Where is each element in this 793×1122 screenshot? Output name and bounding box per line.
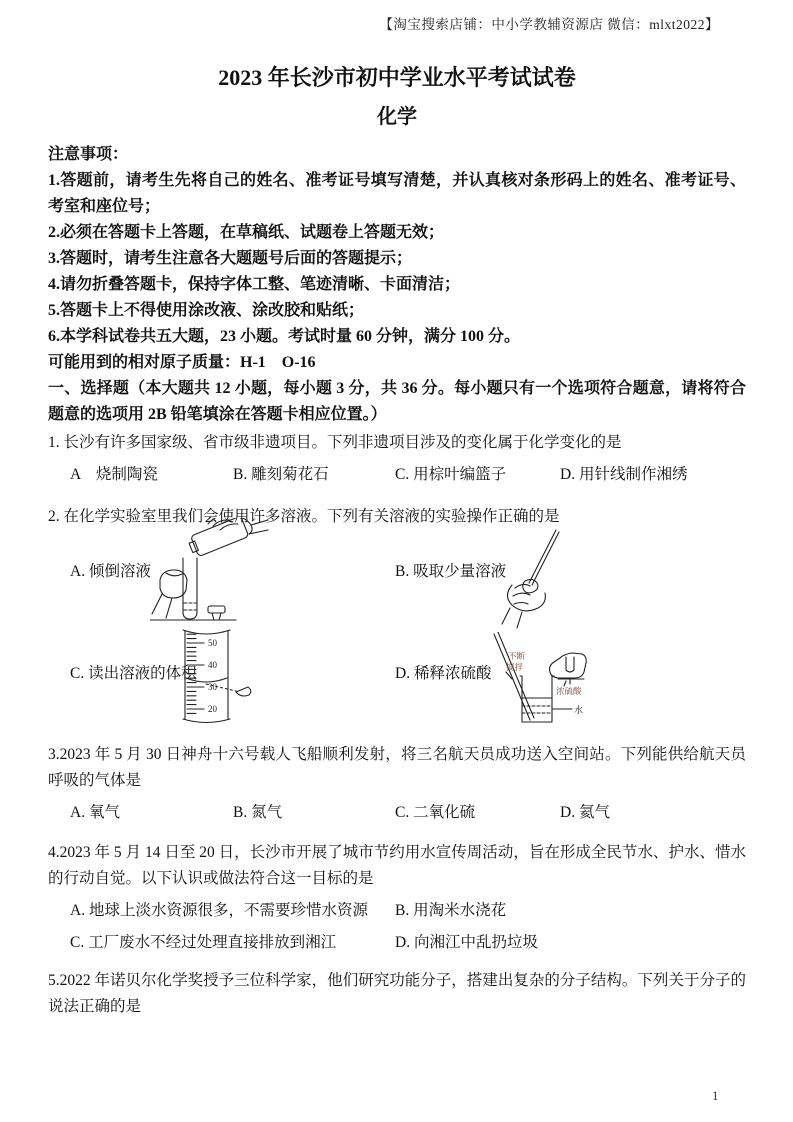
questions-list: 1. 长沙有许多国家级、省市级非遗项目。下列非遗项目涉及的变化属于化学变化的是 … — [48, 430, 746, 1020]
acid-bottle-red-mark — [566, 657, 574, 672]
figure-d-diluting-acid: 不断 搅拌 浓硫酸 水 — [490, 632, 590, 732]
glass-rod — [498, 632, 534, 718]
question-2: 2. 在化学实验室里我们会使用许多溶液。下列有关溶液的实验操作正确的是 A. 倾… — [48, 504, 746, 742]
option-row: C. 工厂废水不经过处理直接排放到湘江 D. 向湘江中乱扔垃圾 — [48, 930, 746, 956]
question-stem: 1. 长沙有许多国家级、省市级非遗项目。下列非遗项目涉及的变化属于化学变化的是 — [48, 430, 746, 456]
document-body: 2023 年长沙市初中学业水平考试试卷 化学 注意事项： 1.答题前，请考生先将… — [48, 0, 746, 1036]
exam-paper-page: { "header": { "watermark": "【淘宝搜索店铺：中小学教… — [0, 0, 793, 1122]
cylinder-tick-label: 30 — [208, 682, 218, 692]
question-stem: 4.2023 年 5 月 14 日至 20 日，长沙市开展了城市节约用水宣传周活… — [48, 840, 746, 892]
notice-item: 3.答题时，请考生注意各大题题号后面的答题提示； — [48, 246, 746, 272]
notice-item: 6.本学科试卷共五大题，23 小题。考试时量 60 分钟，满分 100 分。 — [48, 324, 746, 350]
option-c: C. 工厂废水不经过处理直接排放到湘江 — [70, 930, 395, 956]
option-a-label: A. 倾倒溶液 — [70, 562, 151, 582]
figure-a-pouring-liquid — [150, 518, 270, 642]
option-a: A. 地球上淡水资源很多，不需要珍惜水资源 — [70, 898, 395, 924]
option-d: D. 向湘江中乱扔垃圾 — [395, 930, 538, 956]
cylinder-tick-label: 40 — [208, 660, 218, 670]
acid-label: 浓硫酸 — [556, 686, 582, 696]
beaker — [520, 676, 554, 722]
section-heading: 一、选择题（本大题共 12 小题，每小题 3 分，共 36 分。每小题只有一个选… — [48, 376, 746, 428]
question-1: 1. 长沙有许多国家级、省市级非遗项目。下列非遗项目涉及的变化属于化学变化的是 … — [48, 430, 746, 488]
question-stem: 3.2023 年 5 月 30 日神舟十六号载人飞船顺利发射，将三名航天员成功送… — [48, 742, 746, 794]
figure-b-dropper — [498, 528, 568, 630]
stir-label: 搅拌 — [506, 662, 524, 672]
holding-hand — [152, 570, 187, 618]
option-c: C. 二氧化硫 — [395, 800, 560, 826]
notice-item: 2.必须在答题卡上答题，在草稿纸、试题卷上答题无效； — [48, 220, 746, 246]
option-d-label: D. 稀释浓硫酸 — [395, 664, 491, 684]
option-b: B. 雕刻菊花石 — [233, 462, 395, 488]
dropper-tube — [532, 532, 559, 585]
option-d: D. 氦气 — [560, 800, 610, 826]
cylinder-tick-label: 20 — [208, 704, 218, 714]
question-4: 4.2023 年 5 月 14 日至 20 日，长沙市开展了城市节约用水宣传周活… — [48, 840, 746, 956]
option-a: A. 氧气 — [70, 800, 233, 826]
bottle-stopper-base — [212, 613, 221, 620]
dropper-tube — [529, 530, 556, 583]
atomic-mass-note: 可能用到的相对原子质量：H-1 O-16 — [48, 350, 746, 376]
bottle-stopper-cap — [208, 606, 225, 613]
cylinder-tick-label: 50 — [208, 638, 218, 648]
stir-label: 不断 — [508, 651, 526, 661]
option-d: D. 用针线制作湘绣 — [560, 462, 687, 488]
minor-ticks — [187, 634, 196, 713]
glass-rod — [494, 634, 530, 720]
water-label: 水 — [574, 704, 583, 715]
reagent-bottle — [187, 518, 249, 558]
exam-subject: 化学 — [48, 102, 746, 132]
notice-item: 1.答题前，请考生先将自己的姓名、准考证号填写清楚，并认真核对条形码上的姓名、准… — [48, 168, 746, 220]
question-3: 3.2023 年 5 月 30 日神舟十六号载人飞船顺利发射，将三名航天员成功送… — [48, 742, 746, 826]
tube-liquid — [184, 603, 196, 610]
eye-icon — [236, 687, 251, 696]
option-a: A 烧制陶瓷 — [70, 462, 233, 488]
notice-heading: 注意事项： — [48, 142, 746, 168]
figure-c-graduated-cylinder: 50 40 30 20 — [178, 626, 318, 726]
acid-bottle — [550, 653, 587, 678]
page-number: 1 — [712, 1088, 719, 1104]
notice-section: 注意事项： 1.答题前，请考生先将自己的姓名、准考证号填写清楚，并认真核对条形码… — [48, 142, 746, 428]
question-stem: 5.2022 年诺贝尔化学奖授予三位科学家，他们研究功能分子，搭建出复杂的分子结… — [48, 968, 746, 1020]
option-b: B. 用淘米水浇花 — [395, 898, 506, 924]
gripping-hand — [502, 584, 545, 628]
question-5: 5.2022 年诺贝尔化学奖授予三位科学家，他们研究功能分子，搭建出复杂的分子结… — [48, 968, 746, 1020]
option-c: C. 用棕叶编篮子 — [395, 462, 560, 488]
option-row: A. 地球上淡水资源很多，不需要珍惜水资源 B. 用淘米水浇花 — [48, 898, 746, 924]
notice-item: 4.请勿折叠答题卡，保持字体工整、笔迹清晰、卡面清洁； — [48, 272, 746, 298]
exam-title: 2023 年长沙市初中学业水平考试试卷 — [48, 62, 746, 94]
major-ticks — [187, 643, 204, 709]
question-2-figures: A. 倾倒溶液 B. 吸取少量溶液 — [48, 530, 746, 742]
option-b-label: B. 吸取少量溶液 — [395, 562, 506, 582]
option-row: A. 氧气 B. 氮气 C. 二氧化硫 D. 氦气 — [48, 800, 746, 826]
option-b: B. 氮气 — [233, 800, 395, 826]
notice-item: 5.答题卡上不得使用涂改液、涂改胶和贴纸； — [48, 298, 746, 324]
option-row: A 烧制陶瓷 B. 雕刻菊花石 C. 用棕叶编篮子 D. 用针线制作湘绣 — [48, 462, 746, 488]
